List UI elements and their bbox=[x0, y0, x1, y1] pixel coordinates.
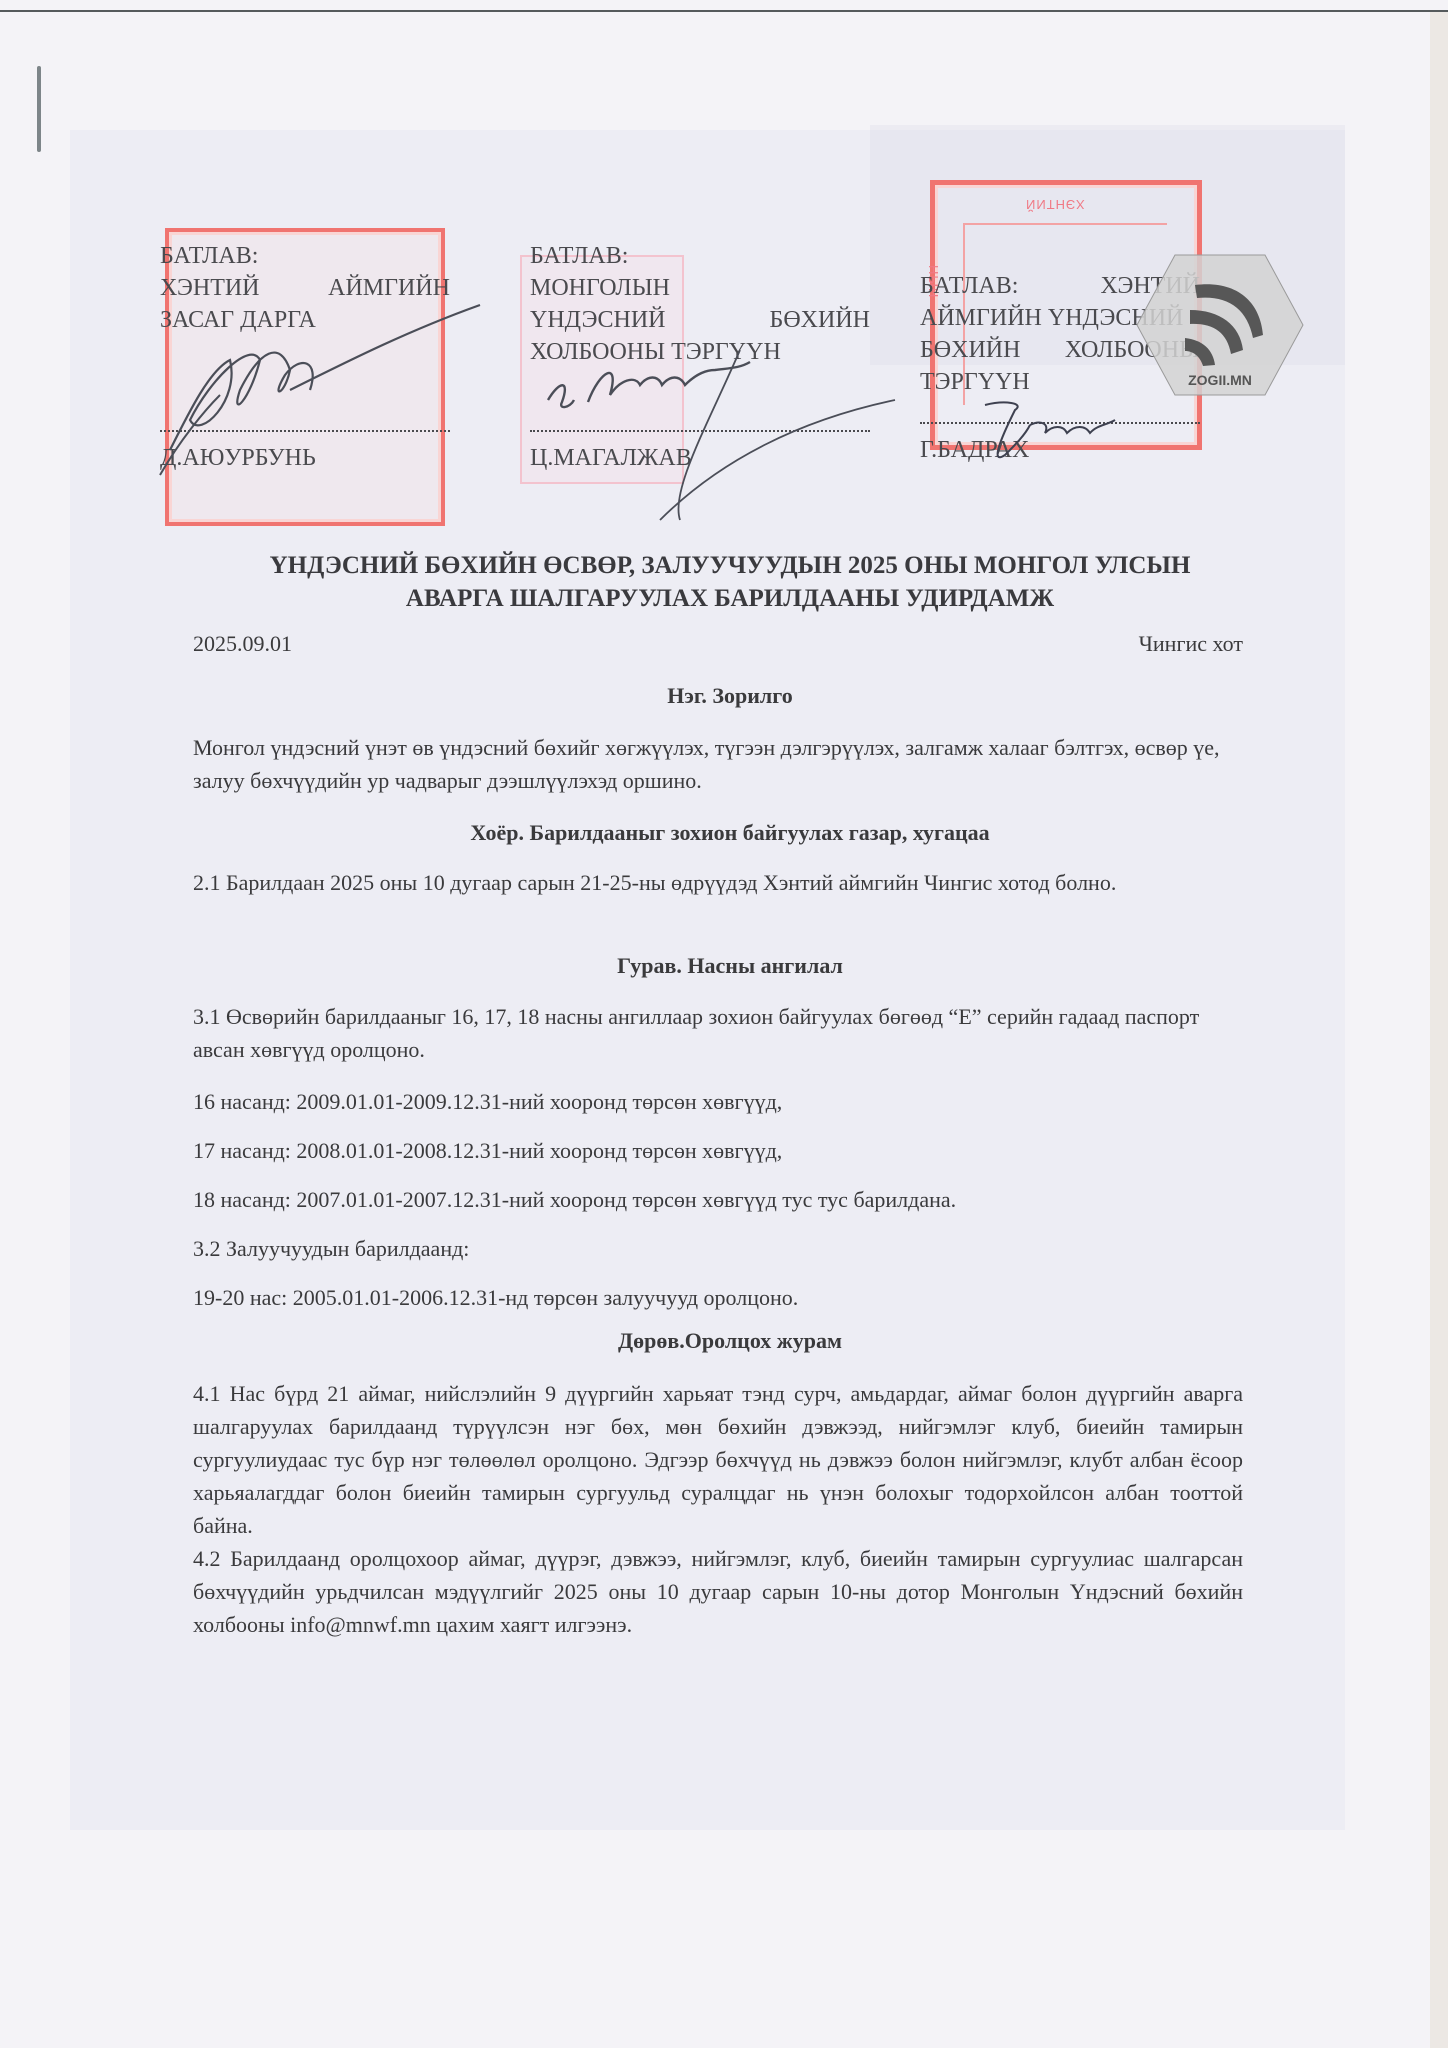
approval-text: ТЭРГҮҮН bbox=[920, 366, 1030, 398]
signature-ayurbuni bbox=[150, 300, 490, 480]
approval-line: ҮНДЭСНИЙ БӨХИЙН bbox=[530, 304, 870, 336]
date-place-line: 2025.09.01 Чингис хот bbox=[193, 631, 1243, 657]
approval-line: МОНГОЛЫН bbox=[530, 272, 870, 304]
approval-heading: БАТЛАВ: bbox=[160, 240, 450, 272]
paragraph: 3.2 Залуучуудын барилдаанд: bbox=[193, 1232, 1243, 1265]
document-date: 2025.09.01 bbox=[193, 631, 292, 657]
signature-badrakh bbox=[975, 395, 1135, 485]
approval-text: МОНГОЛЫН bbox=[530, 272, 670, 304]
approval-text: БӨХИЙН bbox=[770, 304, 870, 336]
section-heading-3: Гурав. Насны ангилал bbox=[180, 953, 1280, 979]
approval-heading: БАТЛАВ: bbox=[920, 270, 1018, 302]
zogii-logo-icon: ZOGII.MN bbox=[1135, 250, 1305, 400]
paragraph: 18 насанд: 2007.01.01-2007.12.31-ний хоо… bbox=[193, 1183, 1243, 1216]
approval-text: ҮНДЭСНИЙ bbox=[530, 304, 665, 336]
title-line: ҮНДЭСНИЙ БӨХИЙН ӨСВӨР, ЗАЛУУЧУУДЫН 2025 … bbox=[180, 549, 1280, 582]
zogii-watermark: ZOGII.MN bbox=[1135, 250, 1305, 400]
document-title: ҮНДЭСНИЙ БӨХИЙН ӨСВӨР, ЗАЛУУЧУУДЫН 2025 … bbox=[180, 549, 1280, 615]
approval-heading: БАТЛАВ: bbox=[530, 240, 870, 272]
approval-text: БӨХИЙН bbox=[920, 334, 1020, 366]
paragraph: 3.1 Өсвөрийн барилдааныг 16, 17, 18 насн… bbox=[193, 1000, 1243, 1066]
signature-magaljav bbox=[540, 340, 900, 530]
paragraph: 2.1 Барилдаан 2025 оны 10 дугаар сарын 2… bbox=[193, 866, 1243, 899]
document-place: Чингис хот bbox=[1139, 631, 1243, 657]
paragraph: Монгол үндэсний үнэт өв үндэсний бөхийг … bbox=[193, 731, 1243, 797]
scan-right-edge bbox=[1430, 12, 1448, 2048]
paragraph: 17 насанд: 2008.01.01-2008.12.31-ний хоо… bbox=[193, 1134, 1243, 1167]
section-heading-4: Дөрөв.Оролцох журам bbox=[180, 1328, 1280, 1354]
title-line: АВАРГА ШАЛГАРУУЛАХ БАРИЛДААНЫ УДИРДАМЖ bbox=[180, 582, 1280, 615]
staple-mark bbox=[37, 66, 41, 152]
stamp-label: ХЭНТИЙ bbox=[1025, 197, 1085, 212]
watermark-text: ZOGII.MN bbox=[1188, 372, 1252, 388]
section-heading-1: Нэг. Зорилго bbox=[180, 683, 1280, 709]
paragraph: 16 насанд: 2009.01.01-2009.12.31-ний хоо… bbox=[193, 1085, 1243, 1118]
section-heading-2: Хоёр. Барилдааныг зохион байгуулах газар… bbox=[180, 820, 1280, 846]
scan-top-edge bbox=[0, 10, 1448, 12]
paragraph: 19-20 нас: 2005.01.01-2006.12.31-нд төрс… bbox=[193, 1281, 1243, 1314]
paragraph: 4.2 Барилдаанд оролцохоор аймаг, дүүрэг,… bbox=[193, 1542, 1243, 1641]
paragraph: 4.1 Нас бүрд 21 аймаг, нийслэлийн 9 дүүр… bbox=[193, 1377, 1243, 1542]
